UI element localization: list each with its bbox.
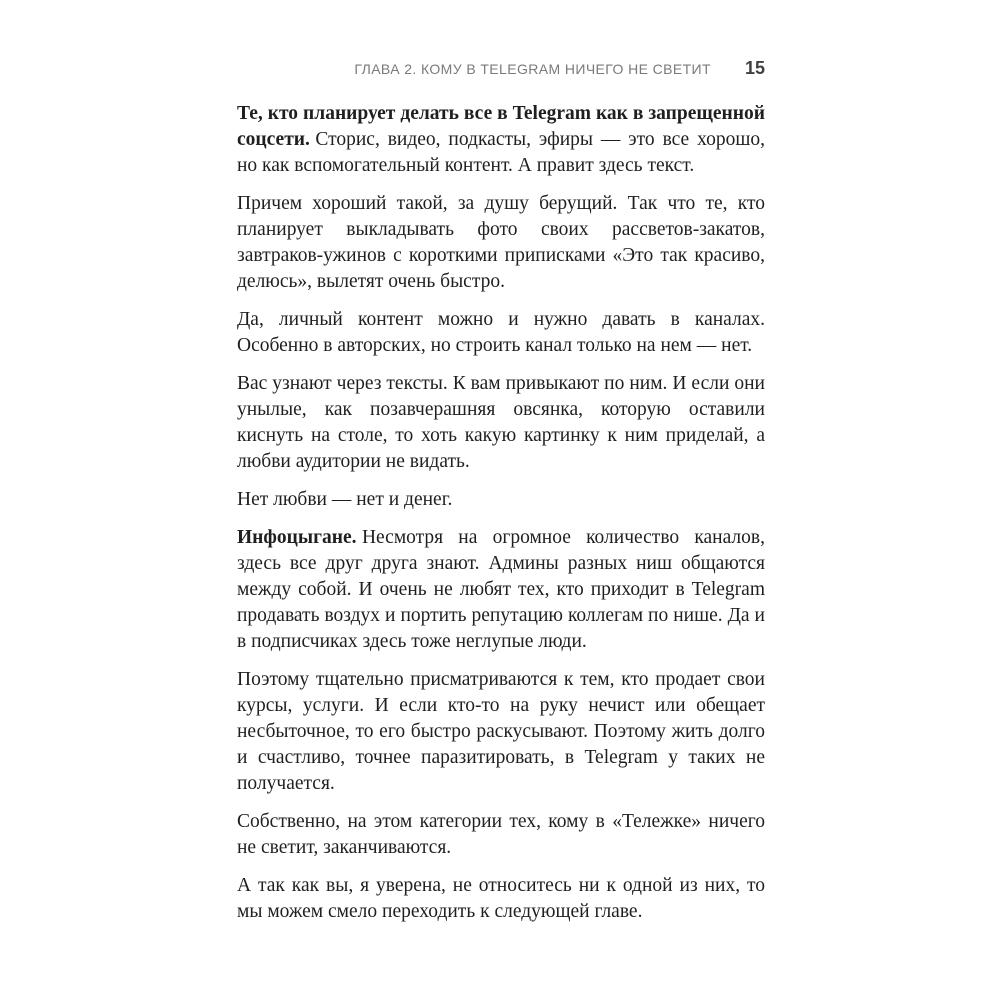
running-header: ГЛАВА 2. КОМУ В TELEGRAM НИЧЕГО НЕ СВЕТИ… <box>237 58 765 79</box>
paragraph: Собственно, на этом категории тех, кому … <box>237 809 765 861</box>
paragraph: Да, личный контент можно и нужно давать … <box>237 307 765 359</box>
paragraph-lead: Инфоцыгане. <box>237 527 356 548</box>
paragraph-text: Вас узнают через тексты. К вам привыкают… <box>237 373 765 472</box>
paragraph-text: Сторис, видео, подкасты, эфиры — это все… <box>237 129 765 176</box>
paragraph: Те, кто планирует делать все в Telegram … <box>237 101 765 179</box>
page-number: 15 <box>745 58 765 79</box>
page-text-block: Те, кто планирует делать все в Telegram … <box>237 101 765 925</box>
paragraph-text: Собственно, на этом категории тех, кому … <box>237 811 765 858</box>
paragraph: А так как вы, я уверена, не относитесь н… <box>237 873 765 925</box>
paragraph: Причем хороший такой, за душу берущий. Т… <box>237 191 765 295</box>
chapter-running-title: ГЛАВА 2. КОМУ В TELEGRAM НИЧЕГО НЕ СВЕТИ… <box>354 61 711 77</box>
paragraph-text: Причем хороший такой, за душу берущий. Т… <box>237 193 765 292</box>
paragraph-text: Нет любви — нет и денег. <box>237 489 452 510</box>
paragraph-text: А так как вы, я уверена, не относитесь н… <box>237 875 765 922</box>
paragraph-text: Да, личный контент можно и нужно давать … <box>237 309 765 356</box>
paragraph: Инфоцыгане.Несмотря на огромное количест… <box>237 525 765 655</box>
book-page: ГЛАВА 2. КОМУ В TELEGRAM НИЧЕГО НЕ СВЕТИ… <box>0 0 1000 1000</box>
paragraph: Поэтому тщательно присматриваются к тем,… <box>237 667 765 797</box>
paragraph: Нет любви — нет и денег. <box>237 487 765 513</box>
paragraph-text: Поэтому тщательно присматриваются к тем,… <box>237 669 765 794</box>
paragraph: Вас узнают через тексты. К вам привыкают… <box>237 371 765 475</box>
